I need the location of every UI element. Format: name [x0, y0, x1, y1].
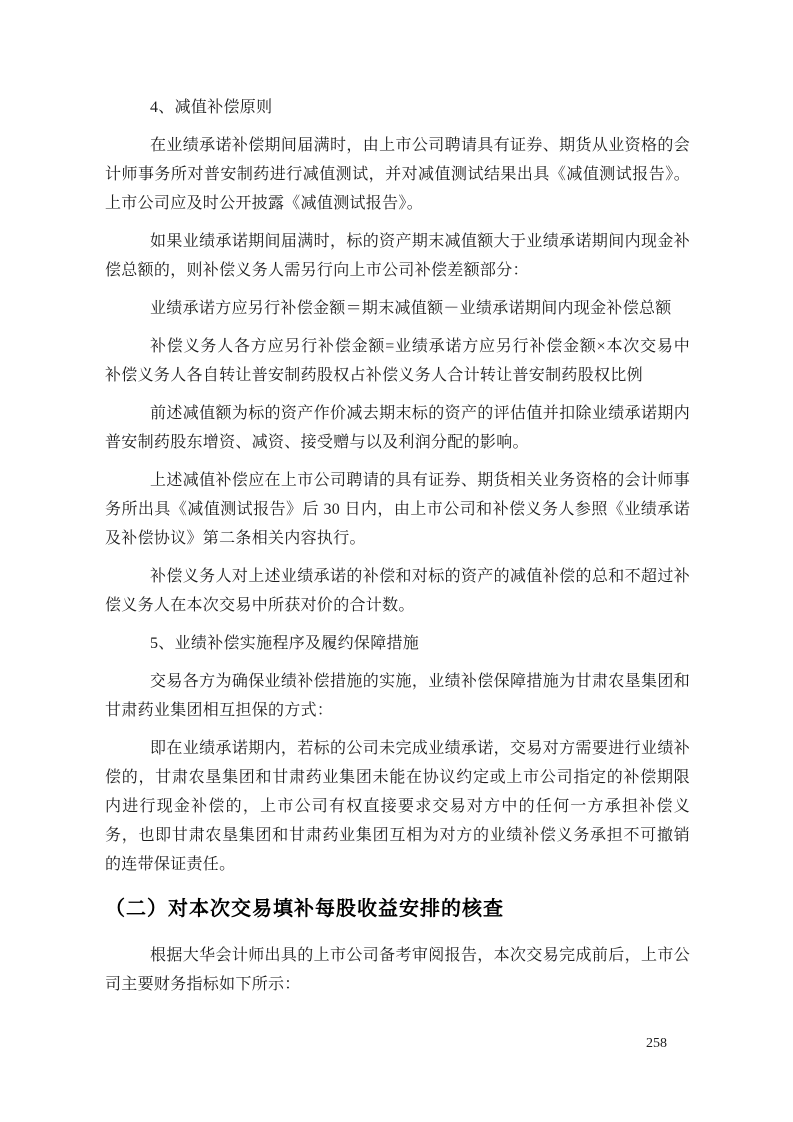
formula-commitment-party: 业绩承诺方应另行补偿金额＝期末减值额－业绩承诺期间内现金补偿总额: [105, 294, 690, 323]
clause-5-title: 5、业绩补偿实施程序及履约保障措施: [105, 629, 690, 658]
guarantee-measures-intro-para: 交易各方为确保业绩补偿措施的实施，业绩补偿保障措施为甘肃农垦集团和甘肃药业集团相…: [105, 667, 690, 725]
impairment-amount-definition-para: 前述减值额为标的资产作价减去期末标的资产的评估值并扣除业绩承诺期内普安制药股东增…: [105, 399, 690, 457]
page-number: 258: [646, 1036, 667, 1052]
eps-dilution-intro-para: 根据大华会计师出具的上市公司备考审阅报告，本次交易完成前后，上市公司主要财务指标…: [105, 941, 690, 999]
document-body: 4、减值补偿原则 在业绩承诺补偿期间届满时，由上市公司聘请具有证券、期货从业资格…: [105, 93, 690, 1008]
compensation-cap-para: 补偿义务人对上述业绩承诺的补偿和对标的资产的减值补偿的总和不超过补偿义务人在本次…: [105, 562, 690, 620]
impairment-test-para: 在业绩承诺补偿期间届满时，由上市公司聘请具有证券、期货从业资格的会计师事务所对普…: [105, 131, 690, 218]
section-2-heading: （二）对本次交易填补每股收益安排的核查: [105, 893, 690, 925]
formula-obligor-share: 补偿义务人各方应另行补偿金额=业绩承诺方应另行补偿金额×本次交易中补偿义务人各自…: [105, 332, 690, 390]
mutual-guarantee-para: 即在业绩承诺期内，若标的公司未完成业绩承诺，交易对方需要进行业绩补偿的，甘肃农垦…: [105, 734, 690, 879]
impairment-compensation-execution-para: 上述减值补偿应在上市公司聘请的具有证券、期货相关业务资格的会计师事务所出具《减值…: [105, 466, 690, 553]
impairment-shortfall-para: 如果业绩承诺期间届满时，标的资产期末减值额大于业绩承诺期间内现金补偿总额的，则补…: [105, 227, 690, 285]
clause-4-title: 4、减值补偿原则: [105, 93, 690, 122]
document-page: 4、减值补偿原则 在业绩承诺补偿期间届满时，由上市公司聘请具有证券、期货从业资格…: [0, 0, 793, 1122]
